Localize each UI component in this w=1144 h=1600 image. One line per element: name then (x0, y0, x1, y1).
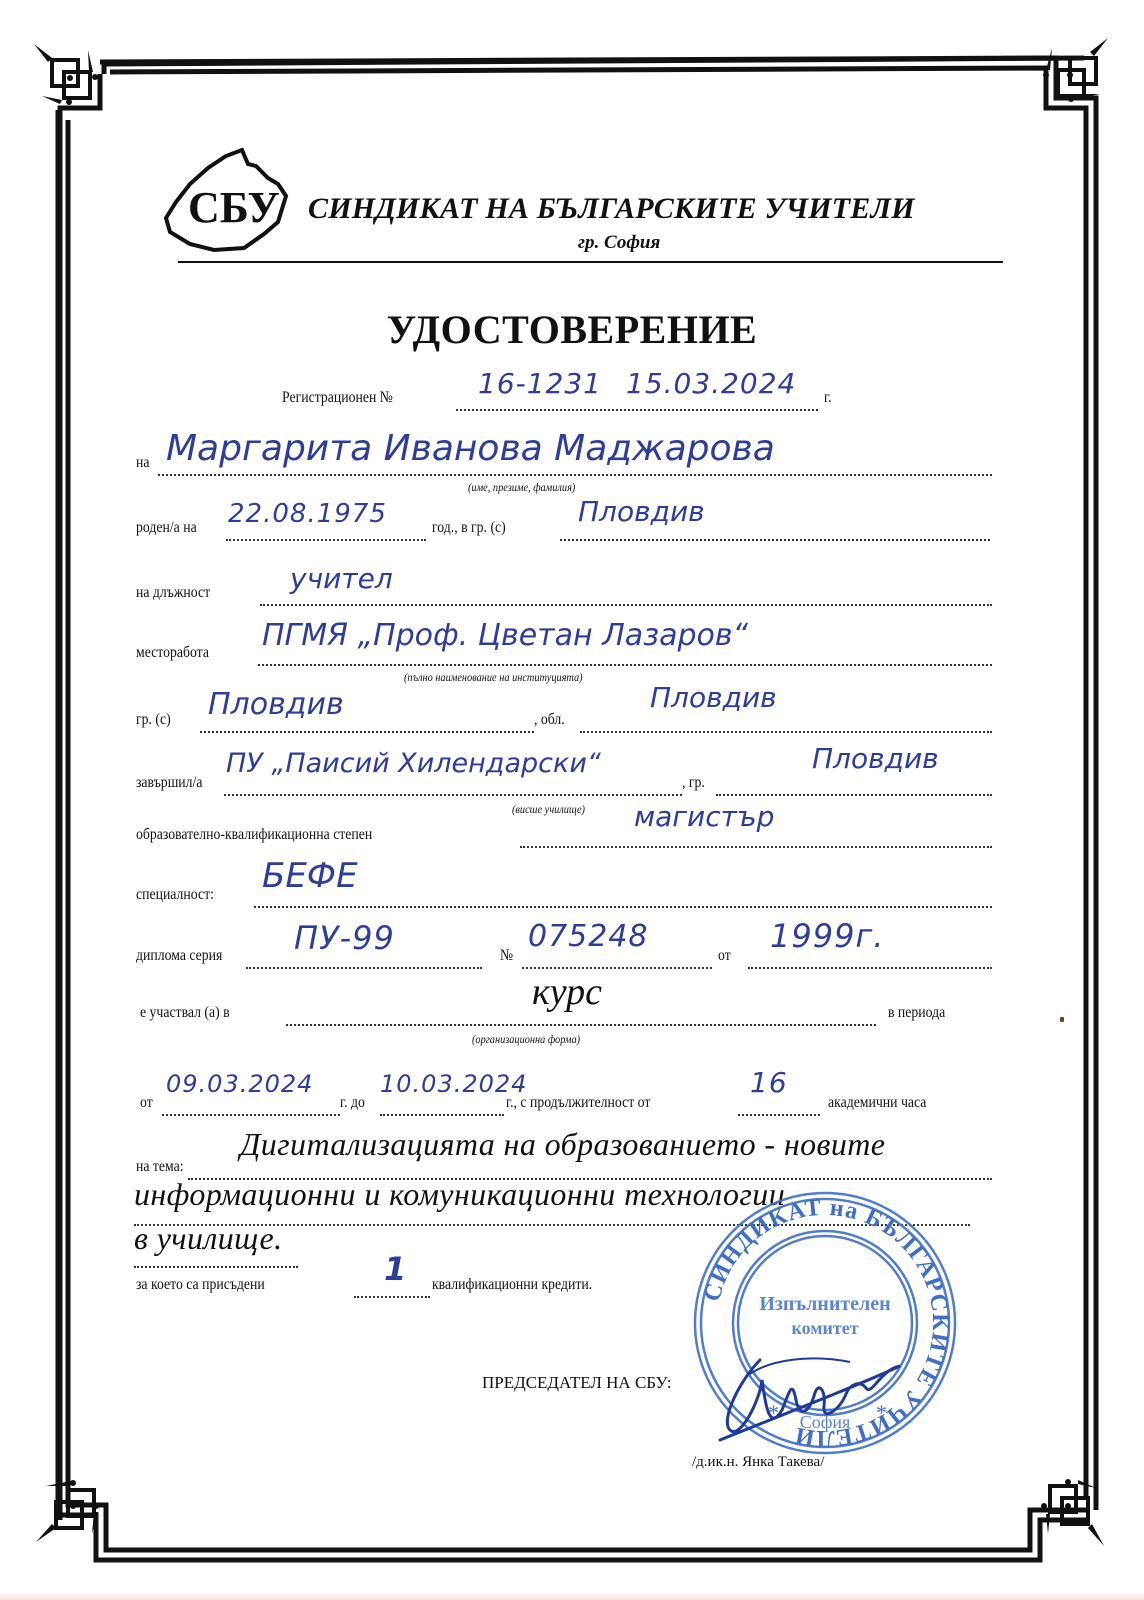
period-row: от 09.03.2024 г. до 10.03.2024 г., с про… (0, 1080, 1144, 1120)
diploma-row: диплома серия ПУ-99 № 075248 от 1999г. (0, 933, 1144, 973)
specialty-row: специалност: БЕФЕ (0, 872, 1144, 912)
diploma-year-dots (748, 965, 992, 969)
diploma-year: 1999г. (770, 917, 884, 955)
registration-suffix: г. (824, 389, 832, 407)
hours-value: 16 (750, 1066, 788, 1099)
holder-hint: (име, презиме, фамилия) (468, 480, 575, 495)
diploma-number-label: № (500, 947, 513, 965)
topic-line-2: информационни и комуникационни технологи… (134, 1176, 785, 1213)
birth-year-label: год., в гр. (с) (432, 519, 506, 537)
position-row: на длъжност учител (0, 570, 1144, 610)
city-label: гр. (с) (136, 711, 171, 729)
diploma-series-dots (246, 965, 482, 969)
degree-row: образователно-квалификационна степен маг… (0, 812, 1144, 852)
topic-label: на тема: (136, 1158, 184, 1176)
birth-place-dots (560, 537, 990, 541)
position-dots (260, 602, 992, 606)
sbu-logo-icon: СБУ (160, 138, 290, 258)
participation-hint: (организационна форма) (472, 1032, 580, 1047)
birth-date: 22.08.1975 (228, 499, 387, 529)
page-edge (0, 1592, 1144, 1600)
topic-line-1: Дигитализацията на образованието - новит… (240, 1126, 885, 1163)
period-to-dots (380, 1112, 504, 1116)
city-value: Пловдив (208, 687, 344, 722)
workplace-label: месторабота (136, 644, 209, 662)
signature-icon (700, 1340, 910, 1450)
workplace-hint: (пълно наименование на институцията) (404, 670, 583, 685)
location-row: гр. (с) Пловдив , обл. Пловдив (0, 697, 1144, 737)
region-value: Пловдив (650, 681, 777, 714)
signer-name: /д.ик.н. Янка Такева/ (692, 1454, 824, 1471)
diploma-series-label: диплома серия (136, 947, 222, 965)
degree-label: образователно-квалификационна степен (136, 826, 372, 844)
education-city-value: Пловдив (812, 742, 939, 775)
region-dots (580, 729, 992, 733)
diploma-number: 075248 (528, 919, 649, 954)
document-title: УДОСТОВЕРЕНИЕ (0, 306, 1144, 353)
education-label: завършил/а (136, 774, 202, 792)
credits-value: 1 (384, 1250, 406, 1288)
credits-suffix: квалификационни кредити. (432, 1276, 592, 1294)
participation-label: е участвал (а) в (140, 1004, 230, 1022)
period-from-dots (162, 1112, 340, 1116)
specialty-value: БЕФЕ (262, 856, 358, 896)
holder-full-name: Маргарита Иванова Маджарова (166, 428, 775, 469)
birth-row: роден/а на 22.08.1975 год., в гр. (с) Пл… (0, 505, 1144, 545)
specialty-label: специалност: (136, 886, 214, 904)
education-row: завършил/а ПУ „Паисий Хилендарски“ , гр.… (0, 760, 1144, 800)
hours-dots (738, 1112, 820, 1116)
education-city-dots (716, 792, 992, 796)
position-label: на длъжност (136, 584, 210, 602)
header-divider (178, 261, 1003, 263)
diploma-number-dots (522, 965, 712, 969)
period-to-label: г. до (340, 1094, 365, 1112)
position-value: учител (290, 562, 393, 595)
birth-label: роден/а на (136, 519, 197, 537)
university-value: ПУ „Паисий Хилендарски“ (226, 748, 601, 779)
education-dots (224, 792, 682, 796)
participation-dots (286, 1022, 876, 1026)
degree-value: магистър (634, 800, 774, 833)
hours-label: академични часа (828, 1094, 926, 1112)
chairman-title: ПРЕДСЕДАТЕЛ НА СБУ: (482, 1373, 672, 1393)
credits-label: за което са присъдени (136, 1276, 265, 1294)
registration-number: 16-1231 (478, 367, 602, 400)
topic-line-3: в училище. (134, 1220, 282, 1257)
holder-label: на (136, 454, 149, 472)
diploma-from-label: от (718, 947, 731, 965)
registration-dots (456, 407, 818, 411)
participation-row: е участвал (а) в курс в периода (организ… (0, 990, 1144, 1030)
topic-row-1: на тема: Дигитализацията на образованиет… (0, 1140, 1144, 1180)
diploma-series: ПУ-99 (294, 919, 395, 957)
education-city-label: , гр. (682, 774, 705, 792)
period-from-label: от (140, 1094, 153, 1112)
logo-text: СБУ (188, 183, 280, 232)
registration-row: Регистрационен № 16-1231 15.03.2024 г. (0, 375, 1144, 415)
workplace-row: месторабота ПГМЯ „Проф. Цветан Лазаров“ … (0, 630, 1144, 670)
credits-dots (354, 1294, 430, 1298)
birth-date-dots (226, 537, 426, 541)
city-dots (200, 729, 534, 733)
credits-row: за което са присъдени 1 квалификационни … (0, 1262, 1144, 1302)
holder-row: на Маргарита Иванова Маджарова (име, пре… (0, 440, 1144, 480)
participation-form: курс (532, 970, 602, 1014)
stamp-inner-line-1: Изпълнителен (759, 1293, 890, 1315)
region-label: , обл. (534, 711, 565, 729)
specialty-dots (254, 904, 992, 908)
degree-dots (520, 844, 992, 848)
birth-place: Пловдив (578, 495, 705, 528)
duration-label: г., с продължителност от (506, 1094, 650, 1112)
registration-date: 15.03.2024 (626, 367, 796, 400)
workplace-dots (258, 662, 992, 666)
holder-dots (158, 472, 992, 476)
stamp-inner-line-2: комитет (791, 1318, 858, 1338)
paper-speck (1060, 1017, 1064, 1022)
organization-city: гр. София (578, 232, 660, 254)
registration-label: Регистрационен № (282, 389, 393, 407)
period-label: в периода (888, 1004, 945, 1022)
organization-name: СИНДИКАТ НА БЪЛГАРСКИТЕ УЧИТЕЛИ (308, 192, 915, 226)
period-from: 09.03.2024 (166, 1070, 313, 1098)
workplace-value: ПГМЯ „Проф. Цветан Лазаров“ (262, 618, 748, 653)
